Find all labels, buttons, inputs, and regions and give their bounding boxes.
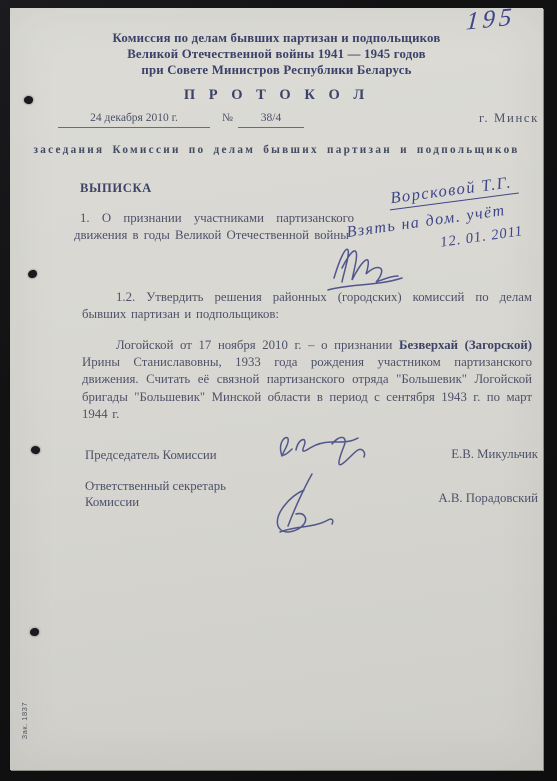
letterhead-line-1: Комиссия по делам бывших партизан и подп… <box>10 30 543 46</box>
print-order-mark: Зак. 1837 <box>20 702 29 739</box>
handwritten-note-signature <box>318 238 430 294</box>
letterhead-line-3: при Совете Министров Республики Беларусь <box>10 62 543 78</box>
decision-person-name: Безверхай (Загорской) <box>399 338 532 352</box>
document-title: П Р О Т О К О Л <box>10 87 543 104</box>
protocol-city: г. Минск <box>479 111 539 126</box>
decision-prefix: Логойской от 17 ноября 2010 г. – о призн… <box>116 338 399 352</box>
resolution-intro: 1.2. Утвердить решения районных (городск… <box>82 289 532 323</box>
secretary-signature <box>260 468 356 546</box>
punch-hole <box>30 445 41 456</box>
decision-rest: Ирины Станиславовны, 1933 года рождения … <box>82 355 532 421</box>
secretary-role-line-2: Комиссии <box>85 495 226 511</box>
protocol-subtitle: заседания Комиссии по делам бывших парти… <box>10 144 543 156</box>
punch-hole <box>30 628 40 637</box>
letterhead-line-2: Великой Отечественной войны 1941 — 1945 … <box>10 46 543 62</box>
secretary-role-line-1: Ответственный секретарь <box>85 479 226 495</box>
scanned-photo-background: 195 Комиссия по делам бывших партизан и … <box>0 0 557 781</box>
letterhead: Комиссия по делам бывших партизан и подп… <box>10 30 543 78</box>
extract-label: ВЫПИСКА <box>80 181 152 196</box>
handwritten-note-date: 12. 01. 2011 <box>439 223 524 251</box>
protocol-meta-row: 24 декабря 2010 г. № 38/4 г. Минск <box>10 112 543 134</box>
secretary-role: Ответственный секретарь Комиссии <box>85 479 226 510</box>
chairman-name: Е.В. Микульчик <box>451 447 538 462</box>
chairman-signature <box>268 426 386 474</box>
agenda-item-1: 1. О признании участниками партизанского… <box>74 210 354 244</box>
decision-paragraph: Логойской от 17 ноября 2010 г. – о призн… <box>82 337 532 423</box>
chairman-role: Председатель Комиссии <box>85 448 217 464</box>
punch-hole <box>27 269 37 278</box>
document-page: 195 Комиссия по делам бывших партизан и … <box>10 8 543 770</box>
secretary-name: А.В. Порадовский <box>438 491 538 506</box>
number-sign: № <box>222 112 233 124</box>
protocol-date: 24 декабря 2010 г. <box>58 112 210 128</box>
protocol-number: 38/4 <box>238 112 304 128</box>
